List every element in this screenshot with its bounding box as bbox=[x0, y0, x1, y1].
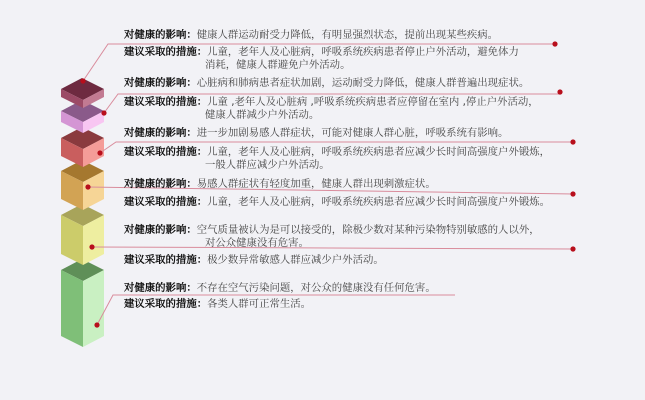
level-3-measure: 建议采取的措施：儿童，老年人及心脏病，呼吸系统疾病患者应减少长时间高强度户外锻炼… bbox=[124, 146, 550, 172]
level-6-impact: 对健康的影响：不存在空气污染问题，对公众的健康没有任何危害。 bbox=[124, 282, 436, 295]
level-4-impact: 对健康的影响：易感人群症状有轻度加重，健康人群出现刺激症状。 bbox=[124, 178, 436, 191]
measure-label: 建议采取的措施： bbox=[124, 46, 207, 58]
level-5-impact: 对健康的影响：空气质量被认为是可以接受的，除极少数对某种污染物特别敏感的人以外，… bbox=[124, 224, 540, 250]
air-quality-diagram: 对健康的影响：健康人群运动耐受力降低，有明显强烈状态，提前出现某些疾病。 建议采… bbox=[0, 0, 645, 400]
block-level-4 bbox=[61, 160, 104, 210]
level-2-impact: 对健康的影响：心脏病和肺病患者症状加剧，运动耐受力降低，健康人群普遍出现症状。 bbox=[124, 77, 529, 90]
block-level-6 bbox=[61, 259, 104, 347]
level-6-measure: 建议采取的措施：各类人群可正常生活。 bbox=[124, 298, 311, 311]
level-5-measure: 建议采取的措施：极少数异常敏感人群应减少户外活动。 bbox=[124, 254, 384, 267]
block-level-5 bbox=[61, 204, 104, 265]
level-3-impact: 对健康的影响：进一步加剧易感人群症状，可能对健康人群心脏，呼吸系统有影响。 bbox=[124, 127, 508, 140]
block-level-3 bbox=[61, 127, 104, 167]
level-4-measure: 建议采取的措施：儿童，老年人及心脏病，呼吸系统疾病患者应减少长时间高强度户外锻炼… bbox=[124, 196, 550, 209]
impact-label: 对健康的影响： bbox=[124, 29, 197, 41]
level-1-measure: 建议采取的措施：儿童，老年人及心脏病，呼吸系统疾病患者停止户外活动，避免体力 消… bbox=[124, 46, 519, 72]
level-2-measure: 建议采取的措施：儿童 ,老年人及心脏病 ,呼吸系统疾病患者应停留在室内 ,停止户… bbox=[124, 96, 539, 122]
level-1-impact: 对健康的影响：健康人群运动耐受力降低，有明显强烈状态，提前出现某些疾病。 bbox=[124, 29, 498, 42]
